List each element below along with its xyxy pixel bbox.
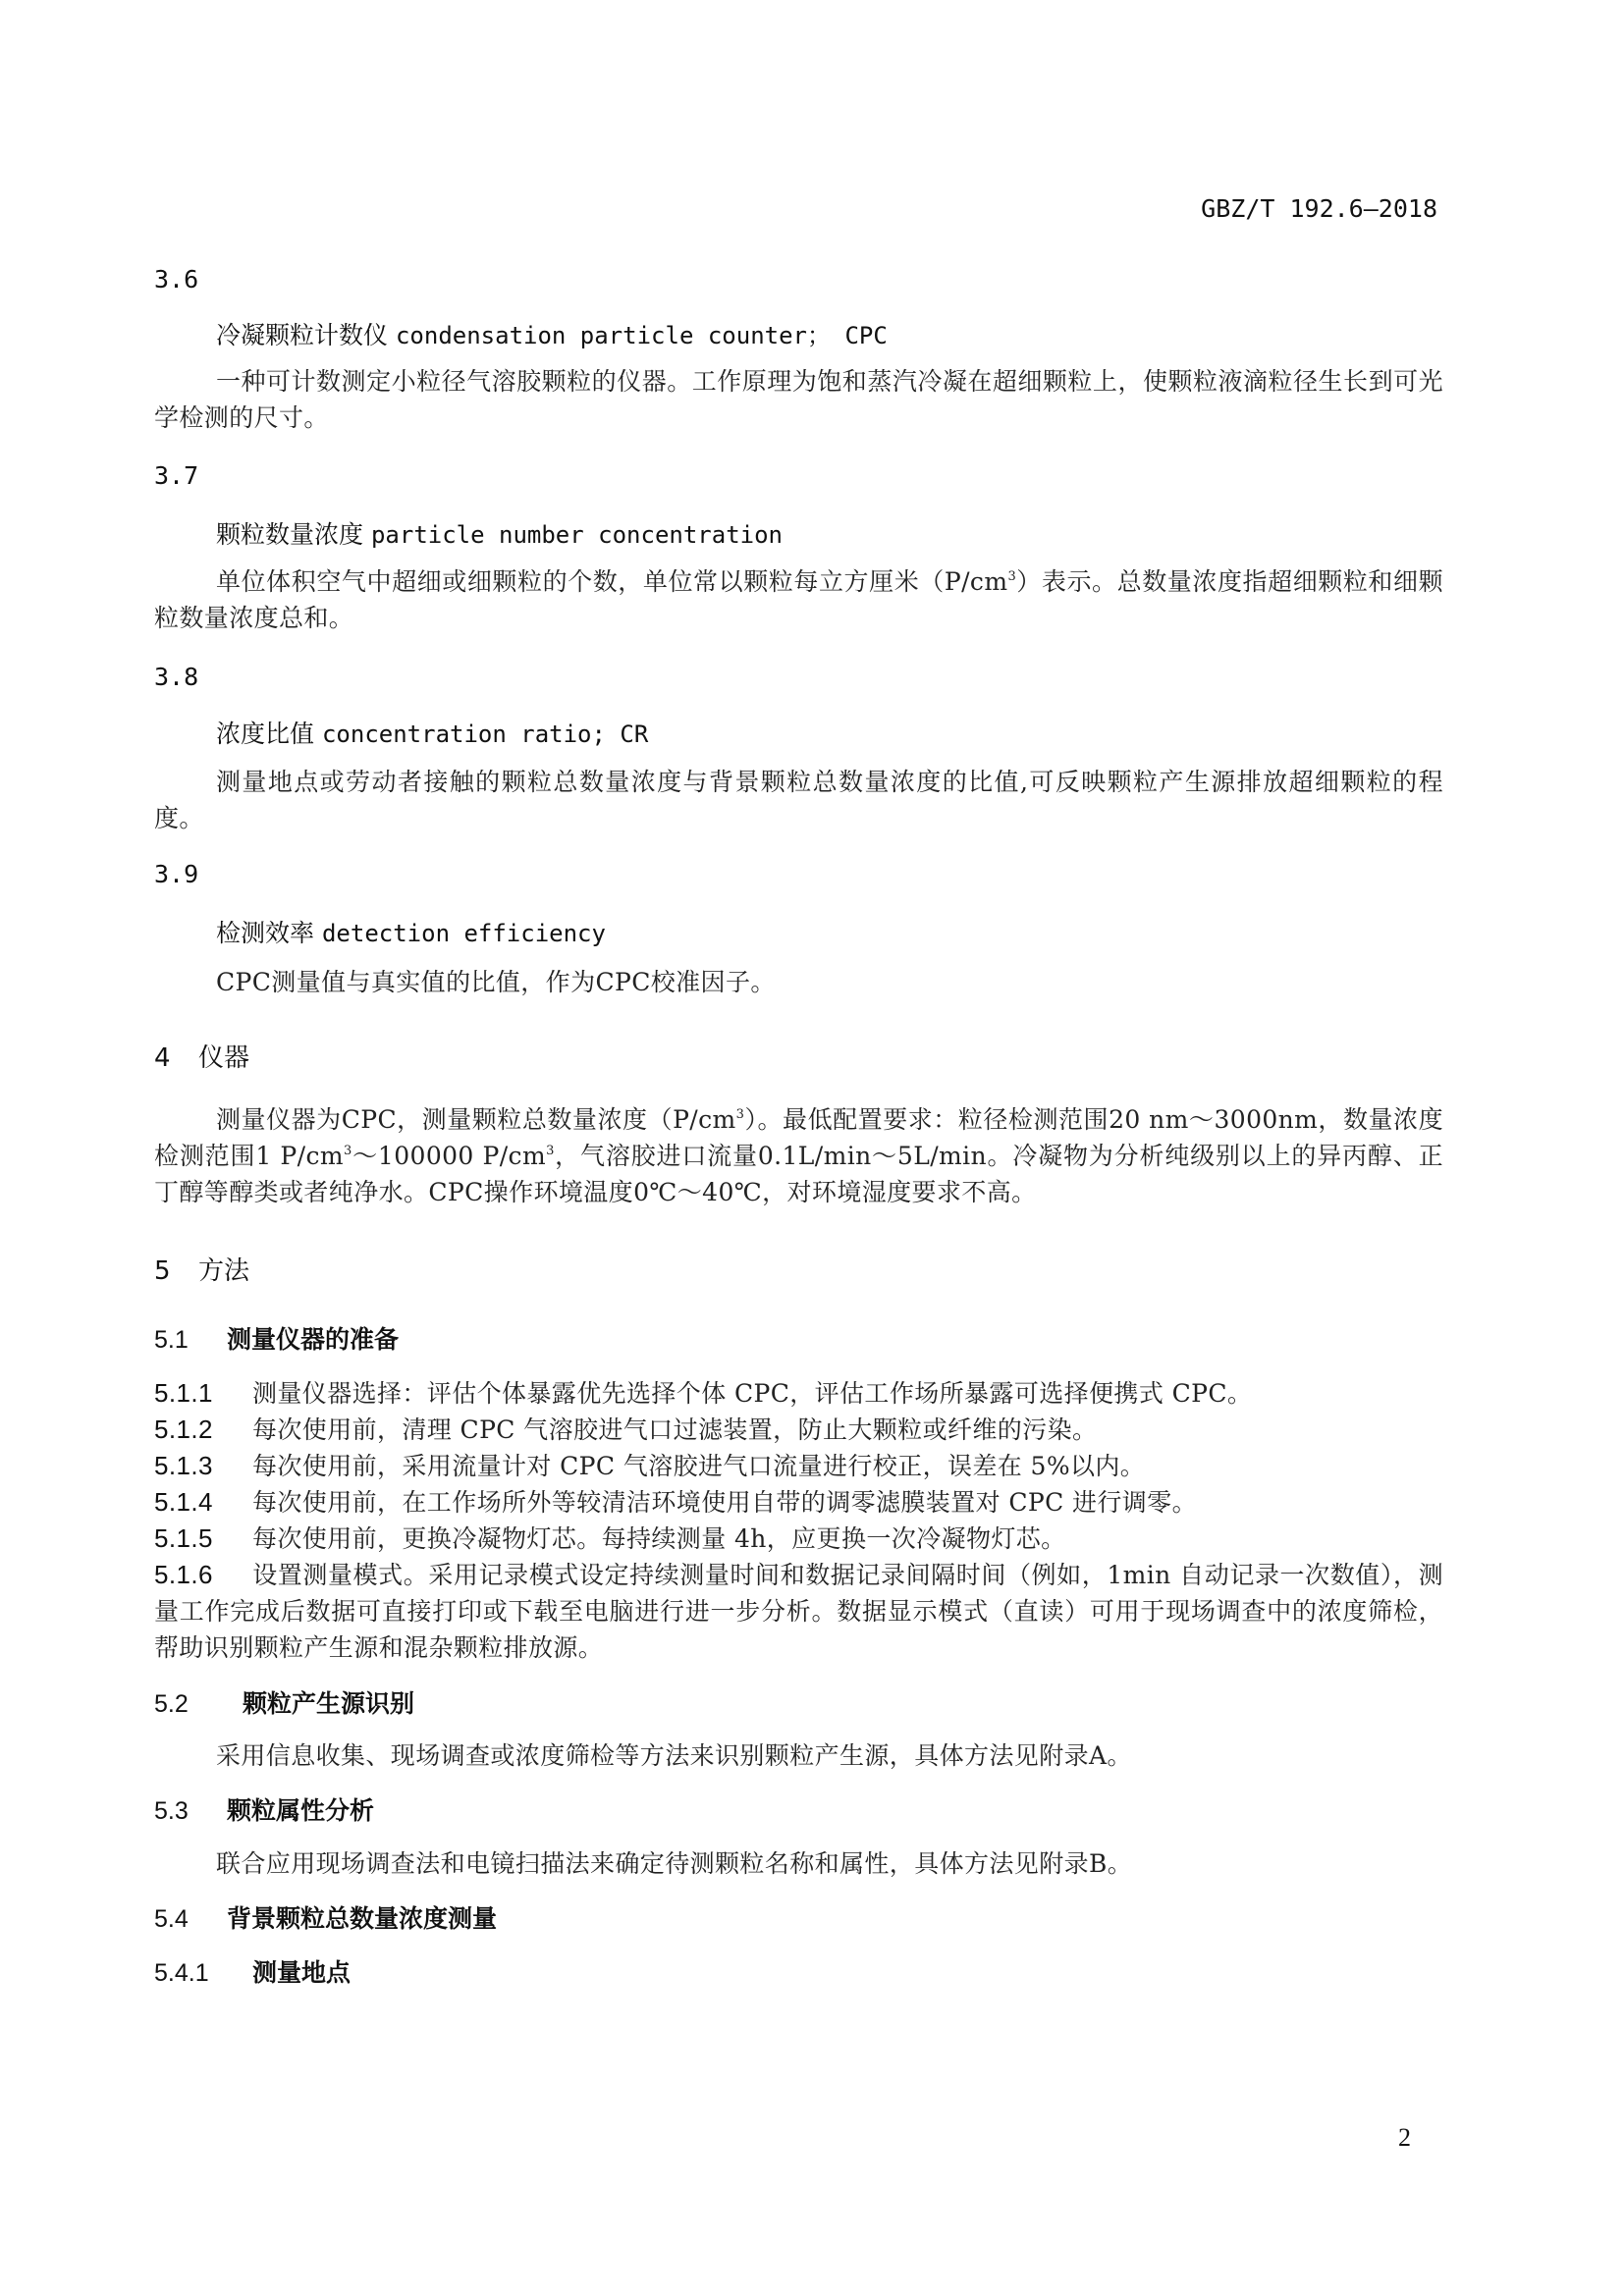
document-page: GBZ/T 192.6—2018 3.6 冷凝颗粒计数仪 condensatio…	[0, 0, 1624, 2296]
subsection-heading: 5.4背景颗粒总数量浓度测量	[154, 1899, 497, 1935]
term-title-en: condensation particle counter； CPC	[396, 322, 888, 349]
term-title: 检测效率 detection efficiency	[216, 914, 606, 949]
term-title-zh: 冷凝颗粒计数仪	[216, 321, 388, 349]
term-title-zh: 检测效率	[216, 919, 314, 947]
term-number: 3.8	[154, 663, 198, 691]
section-paragraph: 联合应用现场调查法和电镜扫描法来确定待测颗粒名称和属性，具体方法见附录B。	[154, 1845, 1443, 1882]
term-title: 颗粒数量浓度 particle number concentration	[216, 515, 783, 551]
section-heading: 4仪器	[154, 1038, 249, 1074]
list-item: 5.1.1测量仪器选择：评估个体暴露优先选择个体 CPC，评估工作场所暴露可选择…	[154, 1375, 1443, 1412]
section-paragraph: 测量仪器为CPC，测量颗粒总数量浓度（P/cm3）。最低配置要求：粒径检测范围2…	[154, 1101, 1443, 1210]
section-paragraph: 采用信息收集、现场调查或浓度筛检等方法来识别颗粒产生源，具体方法见附录A。	[154, 1737, 1443, 1774]
list-item: 5.1.3每次使用前，采用流量计对 CPC 气溶胶进气口流量进行校正，误差在 5…	[154, 1448, 1443, 1484]
term-number: 3.9	[154, 860, 198, 888]
term-title-en: particle number concentration	[371, 521, 783, 549]
term-title-zh: 浓度比值	[216, 720, 314, 748]
term-definition: 一种可计数测定小粒径气溶胶颗粒的仪器。工作原理为饱和蒸汽冷凝在超细颗粒上，使颗粒…	[154, 363, 1443, 436]
subsection-heading: 5.1测量仪器的准备	[154, 1320, 399, 1356]
list-item: 5.1.6设置测量模式。采用记录模式设定持续测量时间和数据记录间隔时间（例如，1…	[154, 1557, 1443, 1666]
subsection-heading: 5.4.1测量地点	[154, 1953, 351, 1989]
list-item: 5.1.2每次使用前，清理 CPC 气溶胶进气口过滤装置，防止大颗粒或纤维的污染…	[154, 1412, 1443, 1448]
subsection-heading: 5.3颗粒属性分析	[154, 1791, 374, 1827]
term-number: 3.7	[154, 461, 198, 490]
term-title-en: detection efficiency	[322, 920, 606, 947]
section-heading: 5方法	[154, 1251, 249, 1287]
subsection-heading: 5.2颗粒产生源识别	[154, 1684, 414, 1720]
term-definition: CPC测量值与真实值的比值，作为CPC校准因子。	[154, 964, 1443, 1000]
term-definition: 测量地点或劳动者接触的颗粒总数量浓度与背景颗粒总数量浓度的比值,可反映颗粒产生源…	[154, 764, 1443, 836]
term-definition: 单位体积空气中超细或细颗粒的个数，单位常以颗粒每立方厘米（P/cm3）表示。总数…	[154, 563, 1443, 636]
term-number: 3.6	[154, 265, 198, 294]
term-title-zh: 颗粒数量浓度	[216, 520, 363, 549]
list-item: 5.1.4每次使用前，在工作场所外等较清洁环境使用自带的调零滤膜装置对 CPC …	[154, 1484, 1443, 1521]
standard-code-header: GBZ/T 192.6—2018	[1201, 194, 1437, 223]
term-title: 浓度比值 concentration ratio; CR	[216, 715, 648, 750]
page-number: 2	[1398, 2123, 1411, 2153]
term-title-en: concentration ratio; CR	[322, 721, 648, 748]
list-item: 5.1.5每次使用前，更换冷凝物灯芯。每持续测量 4h，应更换一次冷凝物灯芯。	[154, 1521, 1443, 1557]
term-title: 冷凝颗粒计数仪 condensation particle counter； C…	[216, 316, 888, 351]
